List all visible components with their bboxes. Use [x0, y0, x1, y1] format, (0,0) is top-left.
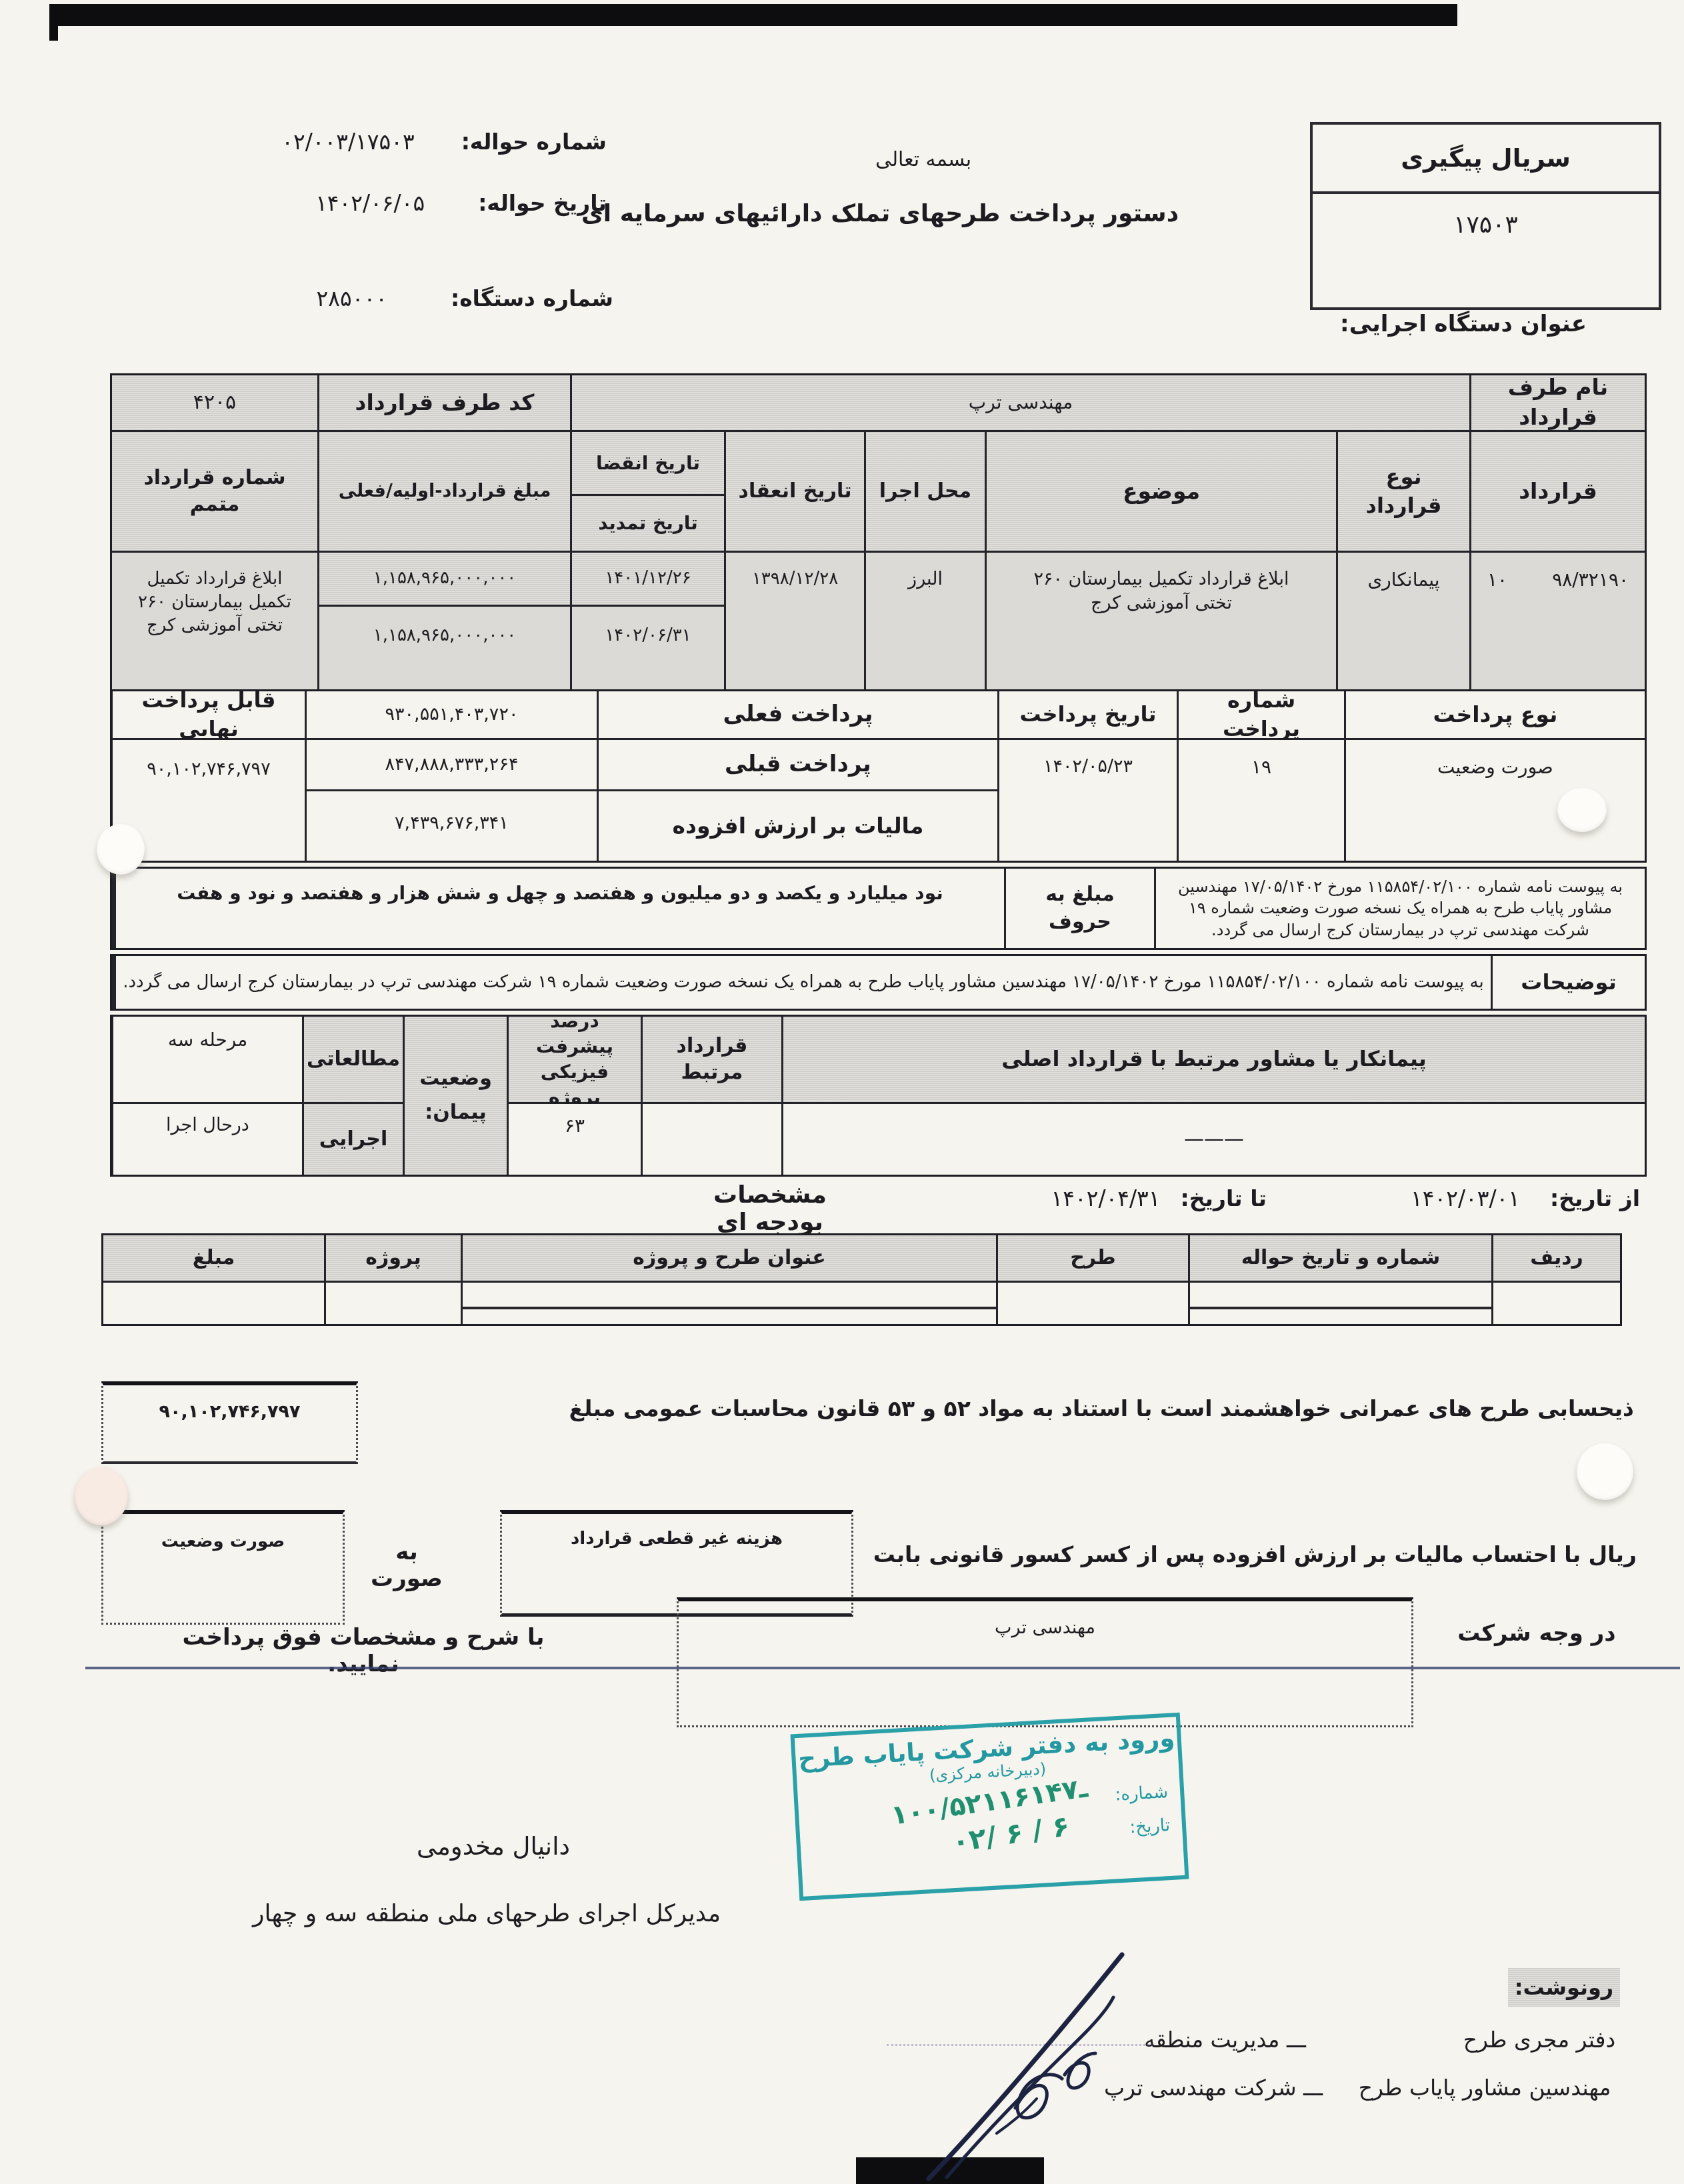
- budget-row-no-cell: [1493, 1283, 1620, 1324]
- col-supplement: شماره قرارداد متمم: [112, 432, 317, 551]
- current-payment-label: پرداخت فعلی: [599, 691, 997, 738]
- payee-label: در وجه شرکت: [1453, 1620, 1620, 1647]
- progress-header: درصد پیشرفت فیزیکی پروژه: [509, 1017, 641, 1102]
- punch-hole: [1577, 1443, 1633, 1500]
- budget-plan-cell: [998, 1283, 1188, 1324]
- stamp-date-label: تاریخ:: [1129, 1815, 1171, 1837]
- phase-value: درحال اجرا: [113, 1104, 302, 1175]
- study-header: مطالعاتی: [304, 1017, 403, 1102]
- supplement-value: ابلاغ قرارداد تکمیل تکمیل بیمارستان ۲۶۰ …: [112, 553, 317, 689]
- agency-no-label: شماره دستگاه:: [451, 285, 613, 311]
- budget-col-project: پروژه: [326, 1235, 461, 1281]
- order-amount-digits: ۹۰,۱۰۲,۷۴۶,۷۹۷: [103, 1385, 356, 1422]
- col-contract-type: نوع قرارداد: [1338, 432, 1469, 551]
- scan-artifact-top-bar: [49, 4, 1457, 26]
- contract-no-value: ۹۸/۳۲۱۹۰: [1552, 567, 1629, 593]
- to-date-row: تا تاریخ: ۱۴۰۲/۰۴/۳۱: [1047, 1185, 1267, 1211]
- col-extension-date: تاریخ تمدید: [572, 496, 724, 551]
- tracking-serial-label: سریال پیگیری: [1313, 125, 1659, 194]
- signatory-title: مدیرکل اجرای طرحهای ملی منطقه سه و چهار: [143, 1900, 830, 1927]
- remarks-row: توضیحات به پیوست نامه شماره ۱۱۵۸۵۴/۰۲/۱۰…: [110, 954, 1647, 1011]
- payee-name: مهندسی ترپ: [679, 1601, 1411, 1638]
- budget-col-remit-no-date: شماره و تاریخ حواله: [1190, 1235, 1491, 1281]
- signatory-name: دانیال مخدومی: [383, 1832, 603, 1861]
- payment-no-value: ۱۹: [1179, 740, 1344, 861]
- remittance-no-row: شماره حواله: ۰۲/۰۰۳/۱۷۵۰۳: [173, 129, 607, 155]
- remittance-date-label: تاریخ حواله:: [478, 190, 607, 216]
- scanned-payment-order-page: سریال پیگیری ۱۷۵۰۳ بسمه تعالی دستور پردا…: [0, 0, 1684, 2184]
- amount-initial-value: ۱,۱۵۸,۹۶۵,۰۰۰,۰۰۰: [319, 553, 570, 605]
- party-code-label: کد طرف قرارداد: [319, 375, 570, 430]
- tracking-serial-box: سریال پیگیری ۱۷۵۰۳: [1310, 122, 1661, 310]
- contract-no-suffix: ۱۰: [1487, 567, 1507, 593]
- budget-title-underline: [463, 1307, 996, 1309]
- col-subject: موضوع: [987, 432, 1336, 551]
- payment-date-value: ۱۴۰۲/۰۵/۲۳: [999, 740, 1177, 861]
- remittance-no-value: ۰۲/۰۰۳/۱۷۵۰۳: [281, 129, 414, 155]
- previous-payment-value: ۸۴۷,۸۸۸,۳۳۳,۲۶۴: [307, 740, 597, 789]
- amount-in-words-row: به پیوست نامه شماره ۱۱۵۸۵۴/۰۲/۱۰۰ مورخ ۱…: [110, 867, 1647, 950]
- party-name-label: نام طرف قرارداد: [1471, 375, 1645, 430]
- order-line-2: ریال با احتساب مالیات بر ارزش افزوده پس …: [833, 1541, 1637, 1567]
- agency-no-value: ۲۸۵۰۰۰: [317, 285, 387, 311]
- contract-type-value: پیمانکاری: [1338, 553, 1469, 689]
- handwritten-signature: [917, 1933, 1177, 2183]
- cc-row1-right: دفتر مجری طرح: [1457, 2027, 1622, 2053]
- payment-form-text: صورت وضعیت: [103, 1514, 343, 1551]
- expense-type-text: هزینه غیر قطعی قرارداد: [502, 1514, 851, 1549]
- cc-label: رونوشت:: [1508, 1968, 1620, 2007]
- budget-table: ردیف شماره و تاریخ حواله طرح عنوان طرح و…: [101, 1233, 1622, 1326]
- payment-type-header: نوع پرداخت: [1346, 691, 1645, 738]
- tracking-serial-value: ۱۷۵۰۳: [1313, 194, 1659, 265]
- related-contract-value: [643, 1104, 781, 1175]
- budget-section-title: مشخصات بودجه ای: [680, 1181, 860, 1236]
- remittance-date-value: ۱۴۰۲/۰۶/۰۵: [315, 190, 425, 216]
- to-date-value: ۱۴۰۲/۰۴/۳۱: [1051, 1185, 1161, 1211]
- budget-col-plan: طرح: [998, 1235, 1188, 1281]
- as-form-label: به صورت: [360, 1539, 453, 1592]
- attachment-note: به پیوست نامه شماره ۱۱۵۸۵۴/۰۲/۱۰۰ مورخ ۱…: [1156, 869, 1645, 948]
- budget-amount-cell: [103, 1283, 324, 1324]
- scan-artifact-top-bar-stub: [49, 4, 58, 41]
- page-title: دستور پرداخت طرحهای تملک دارائیهای سرمای…: [540, 200, 1220, 227]
- payment-no-header: شماره پرداخت: [1179, 691, 1344, 738]
- related-contract-header: قرارداد مرتبط: [643, 1017, 781, 1102]
- sign-date-value: ۱۳۹۸/۱۲/۲۸: [726, 553, 864, 689]
- from-date-row: از تاریخ: ۱۴۰۲/۰۳/۰۱: [1367, 1185, 1640, 1211]
- payment-form-box: صورت وضعیت: [101, 1510, 345, 1625]
- current-payment-value: ۹۳۰,۵۵۱,۴۰۳,۷۲۰: [307, 691, 597, 738]
- pact-status-header: وضعیت پیمان:: [405, 1017, 507, 1175]
- progress-value: ۶۳: [509, 1104, 641, 1175]
- location-value: البرز: [866, 553, 985, 689]
- previous-payment-label: پرداخت قبلی: [599, 740, 997, 789]
- col-contract: قرارداد: [1471, 432, 1645, 551]
- bismillah-text: بسمه تعالی: [840, 148, 1007, 171]
- remittance-date-row: تاریخ حواله: ۱۴۰۲/۰۶/۰۵: [173, 190, 607, 216]
- col-sign-date: تاریخ انعقاد: [726, 432, 864, 551]
- remittance-no-label: شماره حواله:: [461, 129, 607, 155]
- from-date-label: از تاریخ:: [1550, 1185, 1640, 1211]
- budget-project-cell: [326, 1283, 461, 1324]
- status-table: پیمانکار یا مشاور مرتبط با قرارداد اصلی …: [110, 1015, 1647, 1177]
- extension-date-value: ۱۴۰۲/۰۶/۳۱: [572, 607, 724, 689]
- expiry-date-value: ۱۴۰۱/۱۲/۲۶: [572, 553, 724, 605]
- remarks-text: به پیوست نامه شماره ۱۱۵۸۵۴/۰۲/۱۰۰ مورخ ۱…: [116, 956, 1491, 1009]
- budget-remit-underline: [1190, 1307, 1491, 1309]
- related-contractor-header: پیمانکار یا مشاور مرتبط با قرارداد اصلی: [783, 1017, 1645, 1102]
- amount-in-words-label: مبلغ به حروف: [1006, 869, 1154, 948]
- pact-status-header-line2: پیمان:: [425, 1099, 487, 1127]
- order-closing-text: با شرح و مشخصات فوق پرداخت نمایید.: [147, 1624, 580, 1677]
- amount-in-words-text: نود میلیارد و یکصد و دو میلیون و هفتصد و…: [116, 869, 1004, 948]
- related-contractor-value: ———: [783, 1104, 1645, 1175]
- budget-col-plan-project-title: عنوان طرح و پروژه: [463, 1235, 996, 1281]
- order-line-1: ذیحسابی طرح های عمرانی خواهشمند است با ا…: [501, 1395, 1634, 1421]
- vat-value: ۷,۴۳۹,۶۷۶,۳۴۱: [307, 791, 597, 861]
- budget-col-amount: مبلغ: [103, 1235, 324, 1281]
- payment-table: نوع پرداخت شماره پرداخت تاریخ پرداخت پرد…: [110, 689, 1647, 863]
- vat-label: مالیات بر ارزش افزوده: [599, 791, 997, 861]
- agency-title-label: عنوان دستگاه اجرایی:: [1333, 311, 1593, 337]
- punch-hole: [1557, 788, 1607, 832]
- study-value: اجرایی: [304, 1104, 403, 1175]
- company-entry-stamp: ورود به دفتر شرکت پایاب طرح (دبیرخانه مر…: [790, 1713, 1189, 1901]
- remarks-label: توضیحات: [1493, 956, 1645, 1009]
- contract-table: نام طرف قرارداد مهندسی ترپ کد طرف قراردا…: [110, 373, 1647, 691]
- to-date-label: تا تاریخ:: [1181, 1185, 1267, 1211]
- pact-status-header-line1: وضعیت: [419, 1065, 492, 1093]
- col-location: محل اجرا: [866, 432, 985, 551]
- col-expiry-date: تاریخ انقضا: [572, 432, 724, 494]
- phase-header: مرحله سه: [113, 1017, 302, 1102]
- col-amount: مبلغ قرارداد-اولیه/فعلی: [319, 432, 570, 551]
- punch-hole: [97, 824, 145, 875]
- scan-artifact-blue-line: [85, 1667, 1680, 1669]
- contract-no-cell: ۱۰ ۹۸/۳۲۱۹۰: [1471, 553, 1645, 689]
- budget-col-row-no: ردیف: [1493, 1235, 1620, 1281]
- punch-hole: [75, 1467, 128, 1525]
- budget-remit-cell: [1190, 1283, 1491, 1324]
- subject-value: ابلاغ قرارداد تکمیل بیمارستان ۲۶۰ تختی آ…: [987, 553, 1336, 689]
- payee-box: مهندسی ترپ: [677, 1597, 1413, 1727]
- budget-title-cell: [463, 1283, 996, 1324]
- final-payable-header: قابل پرداخت نهایی: [113, 691, 305, 738]
- party-name-value: مهندسی ترپ: [572, 375, 1469, 430]
- stamp-no-label: شماره:: [1115, 1782, 1169, 1805]
- from-date-value: ۱۴۰۲/۰۳/۰۱: [1411, 1185, 1520, 1211]
- amount-current-value: ۱,۱۵۸,۹۶۵,۰۰۰,۰۰۰: [319, 607, 570, 689]
- payment-date-header: تاریخ پرداخت: [999, 691, 1177, 738]
- agency-no-row: شماره دستگاه: ۲۸۵۰۰۰: [227, 285, 613, 311]
- cc-row2-right: مهندسین مشاور پایاب طرح: [1348, 2075, 1621, 2101]
- party-code-value: ۴۲۰۵: [112, 375, 317, 430]
- order-amount-box: ۹۰,۱۰۲,۷۴۶,۷۹۷: [101, 1381, 358, 1464]
